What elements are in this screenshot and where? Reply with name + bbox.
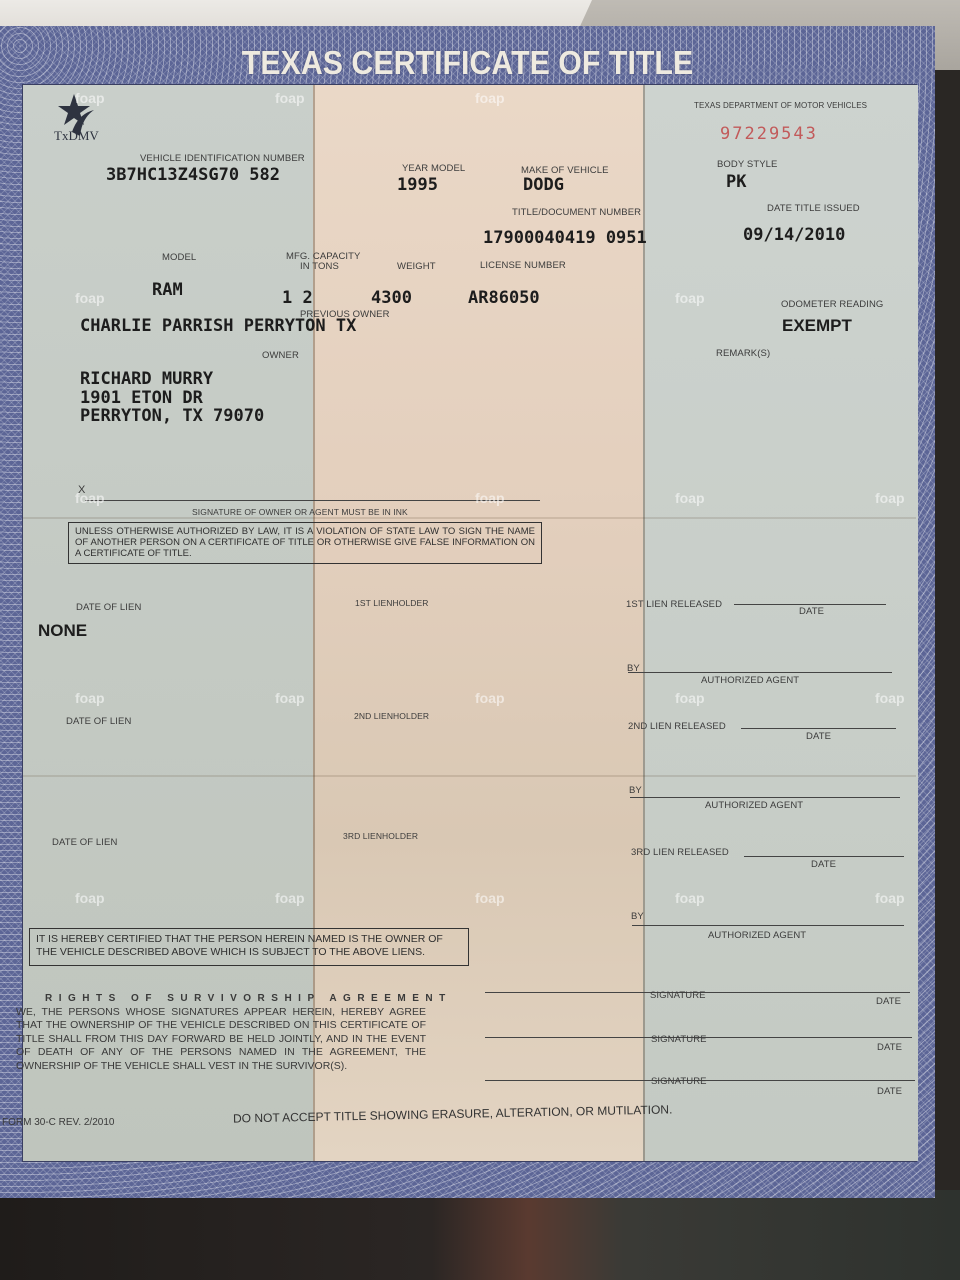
body-style-label: BODY STYLE	[717, 159, 778, 170]
lien-2-agent-label: AUTHORIZED AGENT	[705, 800, 803, 811]
vin-value: 3B7HC13Z4SG70 582	[106, 165, 280, 185]
survivor-signature-label-2: SIGNATURE	[651, 1034, 707, 1045]
year-value: 1995	[397, 175, 438, 195]
form-number: FORM 30-C REV. 2/2010	[2, 1117, 114, 1128]
lien-2-release-date-line[interactable]	[741, 728, 896, 729]
lien-1-value: NONE	[38, 621, 87, 641]
date-issued-value: 09/14/2010	[743, 225, 845, 245]
capacity-label-units: IN TONS	[300, 261, 339, 272]
title-doc-label: TITLE/DOCUMENT NUMBER	[512, 207, 641, 218]
lien-3-release-date-line[interactable]	[744, 856, 904, 857]
document-title: TEXAS CERTIFICATE OF TITLE	[37, 44, 897, 82]
lien-3-agent-label: AUTHORIZED AGENT	[708, 930, 806, 941]
watermark: foap	[75, 890, 105, 906]
odometer-label: ODOMETER READING	[781, 299, 883, 310]
lien-1-released-label: 1ST LIEN RELEASED	[626, 599, 722, 610]
model-label: MODEL	[162, 252, 196, 263]
body-style-value: PK	[726, 172, 746, 192]
survivor-date-label-1: DATE	[876, 996, 901, 1007]
owner-city: PERRYTON, TX 79070	[80, 406, 264, 426]
title-doc-value: 17900040419 0951	[483, 228, 647, 248]
lien-3-released-label: 3RD LIEN RELEASED	[631, 847, 729, 858]
watermark: foap	[475, 890, 505, 906]
owner-label: OWNER	[262, 350, 299, 361]
lien-1-release-date-line[interactable]	[734, 604, 886, 605]
agency-name: TEXAS DEPARTMENT OF MOTOR VEHICLES	[694, 101, 867, 110]
year-label: YEAR MODEL	[402, 163, 465, 174]
watermark: foap	[875, 490, 905, 506]
survivorship-title: RIGHTS OF SURVIVORSHIP AGREEMENT	[45, 993, 452, 1004]
capacity-value: 1 2	[282, 288, 313, 308]
lien-2-date-label: DATE OF LIEN	[66, 716, 131, 727]
lienholder-3-label: 3RD LIENHOLDER	[343, 831, 418, 841]
signature-warning-box: UNLESS OTHERWISE AUTHORIZED BY LAW, IT I…	[68, 522, 542, 564]
owner-signature-line[interactable]	[85, 500, 540, 501]
survivor-date-label-3: DATE	[877, 1086, 902, 1097]
survivorship-body: WE, THE PERSONS WHOSE SIGNATURES APPEAR …	[16, 1006, 426, 1073]
txdmv-logo-text: TxDMV	[54, 128, 99, 144]
lien-2-released-label: 2ND LIEN RELEASED	[628, 721, 726, 732]
certification-box: IT IS HEREBY CERTIFIED THAT THE PERSON H…	[29, 928, 469, 966]
lien-1-agent-label: AUTHORIZED AGENT	[701, 675, 799, 686]
watermark: foap	[675, 890, 705, 906]
watermark: foap	[275, 890, 305, 906]
lien-2-by-label: BY	[629, 785, 642, 796]
fold-line	[23, 775, 916, 777]
watermark: foap	[75, 690, 105, 706]
watermark: foap	[475, 90, 505, 106]
lien-2-agent-line[interactable]	[630, 797, 900, 798]
lien-3-date-word: DATE	[811, 859, 836, 870]
lienholder-2-label: 2ND LIENHOLDER	[354, 711, 429, 721]
lien-3-agent-line[interactable]	[632, 925, 904, 926]
background-floor	[0, 1190, 960, 1280]
make-value: DODG	[523, 175, 564, 195]
lien-3-by-label: BY	[631, 911, 644, 922]
vin-label: VEHICLE IDENTIFICATION NUMBER	[140, 153, 305, 164]
watermark: foap	[875, 690, 905, 706]
watermark: foap	[275, 90, 305, 106]
watermark: foap	[675, 290, 705, 306]
survivor-date-label-2: DATE	[877, 1042, 902, 1053]
weight-label: WEIGHT	[397, 261, 436, 272]
lien-3-date-label: DATE OF LIEN	[52, 837, 117, 848]
date-issued-label: DATE TITLE ISSUED	[767, 203, 860, 214]
license-value: AR86050	[468, 288, 540, 308]
watermark: foap	[875, 890, 905, 906]
lien-1-date-word: DATE	[799, 606, 824, 617]
watermark: foap	[75, 90, 105, 106]
watermark: foap	[475, 490, 505, 506]
model-value: RAM	[152, 280, 183, 300]
serial-number: 97229543	[720, 124, 818, 144]
watermark: foap	[675, 690, 705, 706]
weight-value: 4300	[371, 288, 412, 308]
fold-line	[23, 517, 916, 519]
lienholder-1-label: 1ST LIENHOLDER	[355, 598, 429, 608]
license-label: LICENSE NUMBER	[480, 260, 566, 271]
survivor-signature-label-1: SIGNATURE	[650, 990, 706, 1001]
watermark: foap	[75, 490, 105, 506]
odometer-value: EXEMPT	[782, 316, 852, 336]
lien-1-date-label: DATE OF LIEN	[76, 602, 141, 613]
watermark: foap	[275, 690, 305, 706]
previous-owner-value: CHARLIE PARRISH PERRYTON TX	[80, 316, 356, 336]
lien-1-agent-line[interactable]	[628, 672, 892, 673]
signature-label: SIGNATURE OF OWNER OR AGENT MUST BE IN I…	[192, 507, 408, 517]
watermark: foap	[475, 690, 505, 706]
owner-street: 1901 ETON DR	[80, 388, 203, 408]
watermark: foap	[75, 290, 105, 306]
owner-name: RICHARD MURRY	[80, 370, 213, 388]
lien-2-date-word: DATE	[806, 731, 831, 742]
survivor-signature-label-3: SIGNATURE	[651, 1076, 707, 1087]
watermark: foap	[675, 490, 705, 506]
remarks-label: REMARK(S)	[716, 348, 770, 359]
